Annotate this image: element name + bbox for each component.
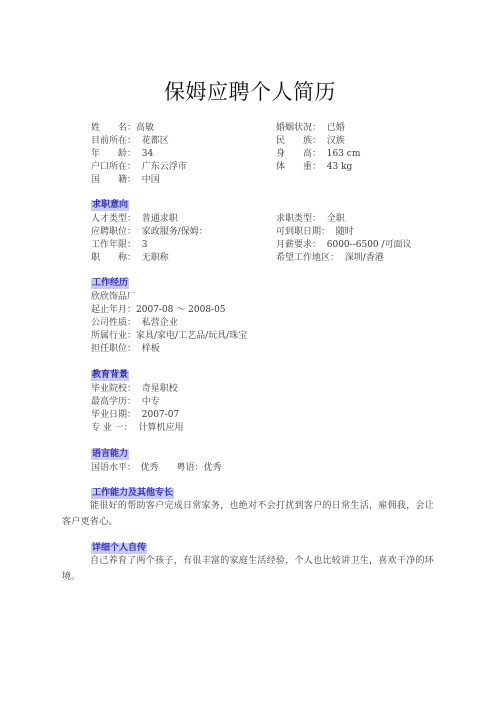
field-title: 职 称： 无职称 (91, 252, 169, 264)
page-title: 保姆应聘个人简历 (0, 76, 500, 106)
field-major: 专 业 一： 计算机应用 (91, 422, 183, 434)
field-position: 应聘职位： 家政服务/保姆： (91, 226, 208, 238)
field-work-region: 希望工作地区： 深圳/香港 (276, 252, 384, 264)
section-heading-education: 教育背景 (91, 370, 129, 381)
field-salary: 月薪要求： 6000--6500 /可面议 (276, 239, 412, 251)
field-industry: 所属行业：家具/家电/工艺品/玩具/珠宝 (91, 330, 247, 342)
field-weight: 体 重： 43 kg (276, 161, 352, 173)
section-heading-job-intent: 求职意向 (91, 200, 129, 211)
field-available-date: 可到职日期： 随时 (276, 226, 354, 238)
field-talent-type: 人才类型： 普通求职 (91, 213, 178, 225)
skills-paragraph: 能很好的帮助客户完成日常家务，也绝对不会打扰到客户的日常生活，雇佣我，会让客户更… (62, 498, 440, 530)
field-current-location: 目前所在： 花都区 (91, 135, 169, 147)
field-school: 毕业院校： 奇星职校 (91, 383, 178, 395)
field-hukou: 户口所在： 广东云浮市 (91, 161, 187, 173)
field-name: 姓 名：高敏 (91, 122, 154, 134)
field-work-years: 工作年限： 3 (91, 239, 147, 251)
field-ethnicity: 民 族： 汉族 (276, 135, 345, 147)
field-age: 年 龄： 34 (91, 148, 153, 160)
field-height: 身 高： 163 cm (276, 148, 360, 160)
section-heading-work-experience: 工作经历 (91, 278, 129, 289)
field-period: 起止年月：2007-08 ～ 2008-05 (91, 304, 226, 316)
field-graduation-date: 毕业日期： 2007-07 (91, 409, 179, 421)
company-name: 欣欣饰品厂 (91, 291, 136, 303)
self-intro-paragraph: 自己养育了两个孩子，有很丰富的家庭生活经验，个人也比较讲卫生，喜欢干净的环境。 (62, 553, 440, 585)
language-levels: 国语水平： 优秀 粤语：优秀 (91, 462, 222, 474)
field-marital-status: 婚姻状况： 已婚 (276, 122, 345, 134)
field-nationality: 国 籍： 中国 (91, 174, 160, 186)
field-job-role: 担任职位： 样板 (91, 343, 160, 355)
section-heading-language: 语言能力 (91, 449, 129, 460)
field-degree: 最高学历： 中专 (91, 396, 160, 408)
field-company-type: 公司性质： 私营企业 (91, 317, 178, 329)
field-job-type: 求职类型： 全职 (276, 213, 345, 225)
